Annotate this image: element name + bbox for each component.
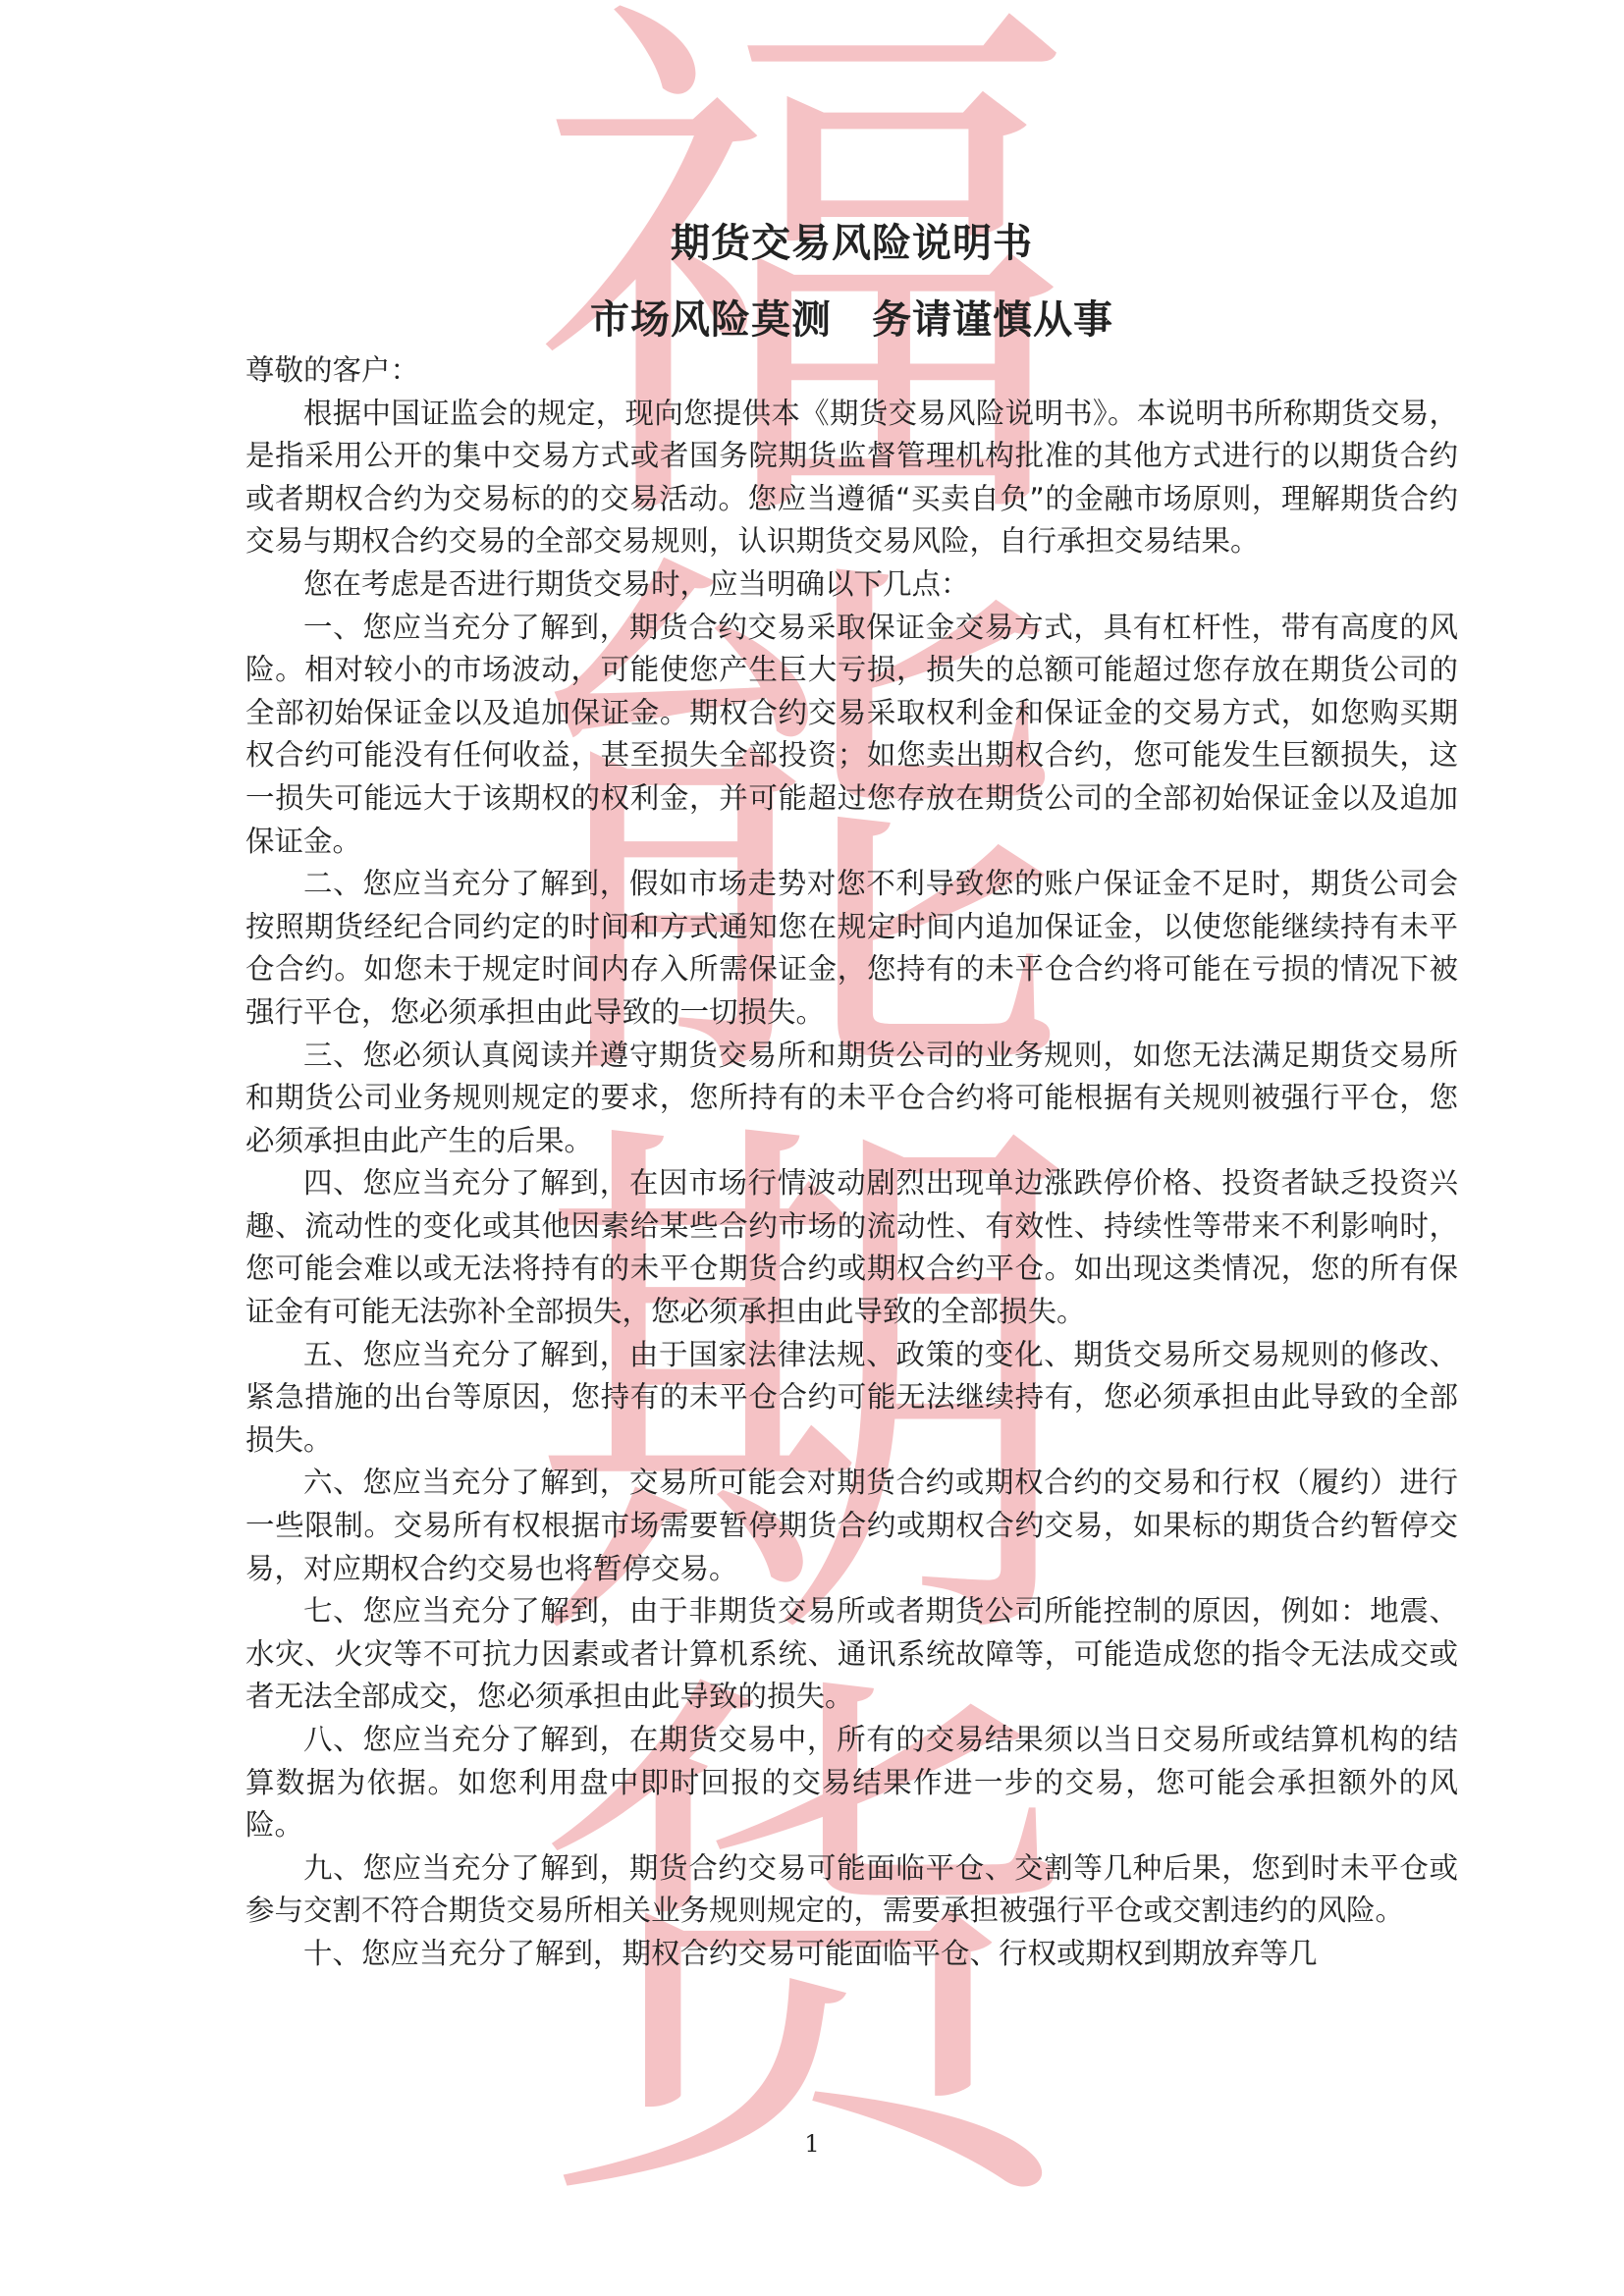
- paragraph-item-8: 八、您应当充分了解到，在期货交易中，所有的交易结果须以当日交易所或结算机构的结算…: [245, 1719, 1458, 1847]
- paragraph-item-4: 四、您应当充分了解到，在因市场行情波动剧烈出现单边涨跌停价格、投资者缺乏投资兴趣…: [245, 1162, 1458, 1333]
- document-subtitle: 市场风险莫测 务请谨慎从事: [245, 294, 1458, 346]
- paragraph-item-9: 九、您应当充分了解到，期货合约交易可能面临平仓、交割等几种后果，您到时未平仓或参…: [245, 1847, 1458, 1933]
- paragraph-intro: 根据中国证监会的规定，现向您提供本《期货交易风险说明书》。本说明书所称期货交易，…: [245, 393, 1458, 563]
- paragraph-item-1: 一、您应当充分了解到，期货合约交易采取保证金交易方式，具有杠杆性，带有高度的风险…: [245, 607, 1458, 864]
- paragraph-item-3: 三、您必须认真阅读并遵守期货交易所和期货公司的业务规则，如您无法满足期货交易所和…: [245, 1035, 1458, 1163]
- paragraph-item-7: 七、您应当充分了解到，由于非期货交易所或者期货公司所能控制的原因，例如：地震、水…: [245, 1590, 1458, 1719]
- document-body: 尊敬的客户： 根据中国证监会的规定，现向您提供本《期货交易风险说明书》。本说明书…: [245, 349, 1458, 1976]
- document-title: 期货交易风险说明书: [245, 218, 1458, 269]
- paragraph-item-2: 二、您应当充分了解到，假如市场走势对您不利导致您的账户保证金不足时，期货公司会按…: [245, 863, 1458, 1034]
- paragraph-item-10: 十、您应当充分了解到，期权合约交易可能面临平仓、行权或期权到期放弃等几: [245, 1933, 1458, 1976]
- paragraph-lead: 您在考虑是否进行期货交易时，应当明确以下几点：: [245, 563, 1458, 607]
- paragraph-item-5: 五、您应当充分了解到，由于国家法律法规、政策的变化、期货交易所交易规则的修改、紧…: [245, 1334, 1458, 1463]
- page-number: 1: [0, 2130, 1624, 2158]
- salutation: 尊敬的客户：: [245, 349, 1458, 393]
- paragraph-item-6: 六、您应当充分了解到，交易所可能会对期货合约或期权合约的交易和行权（履约）进行一…: [245, 1462, 1458, 1590]
